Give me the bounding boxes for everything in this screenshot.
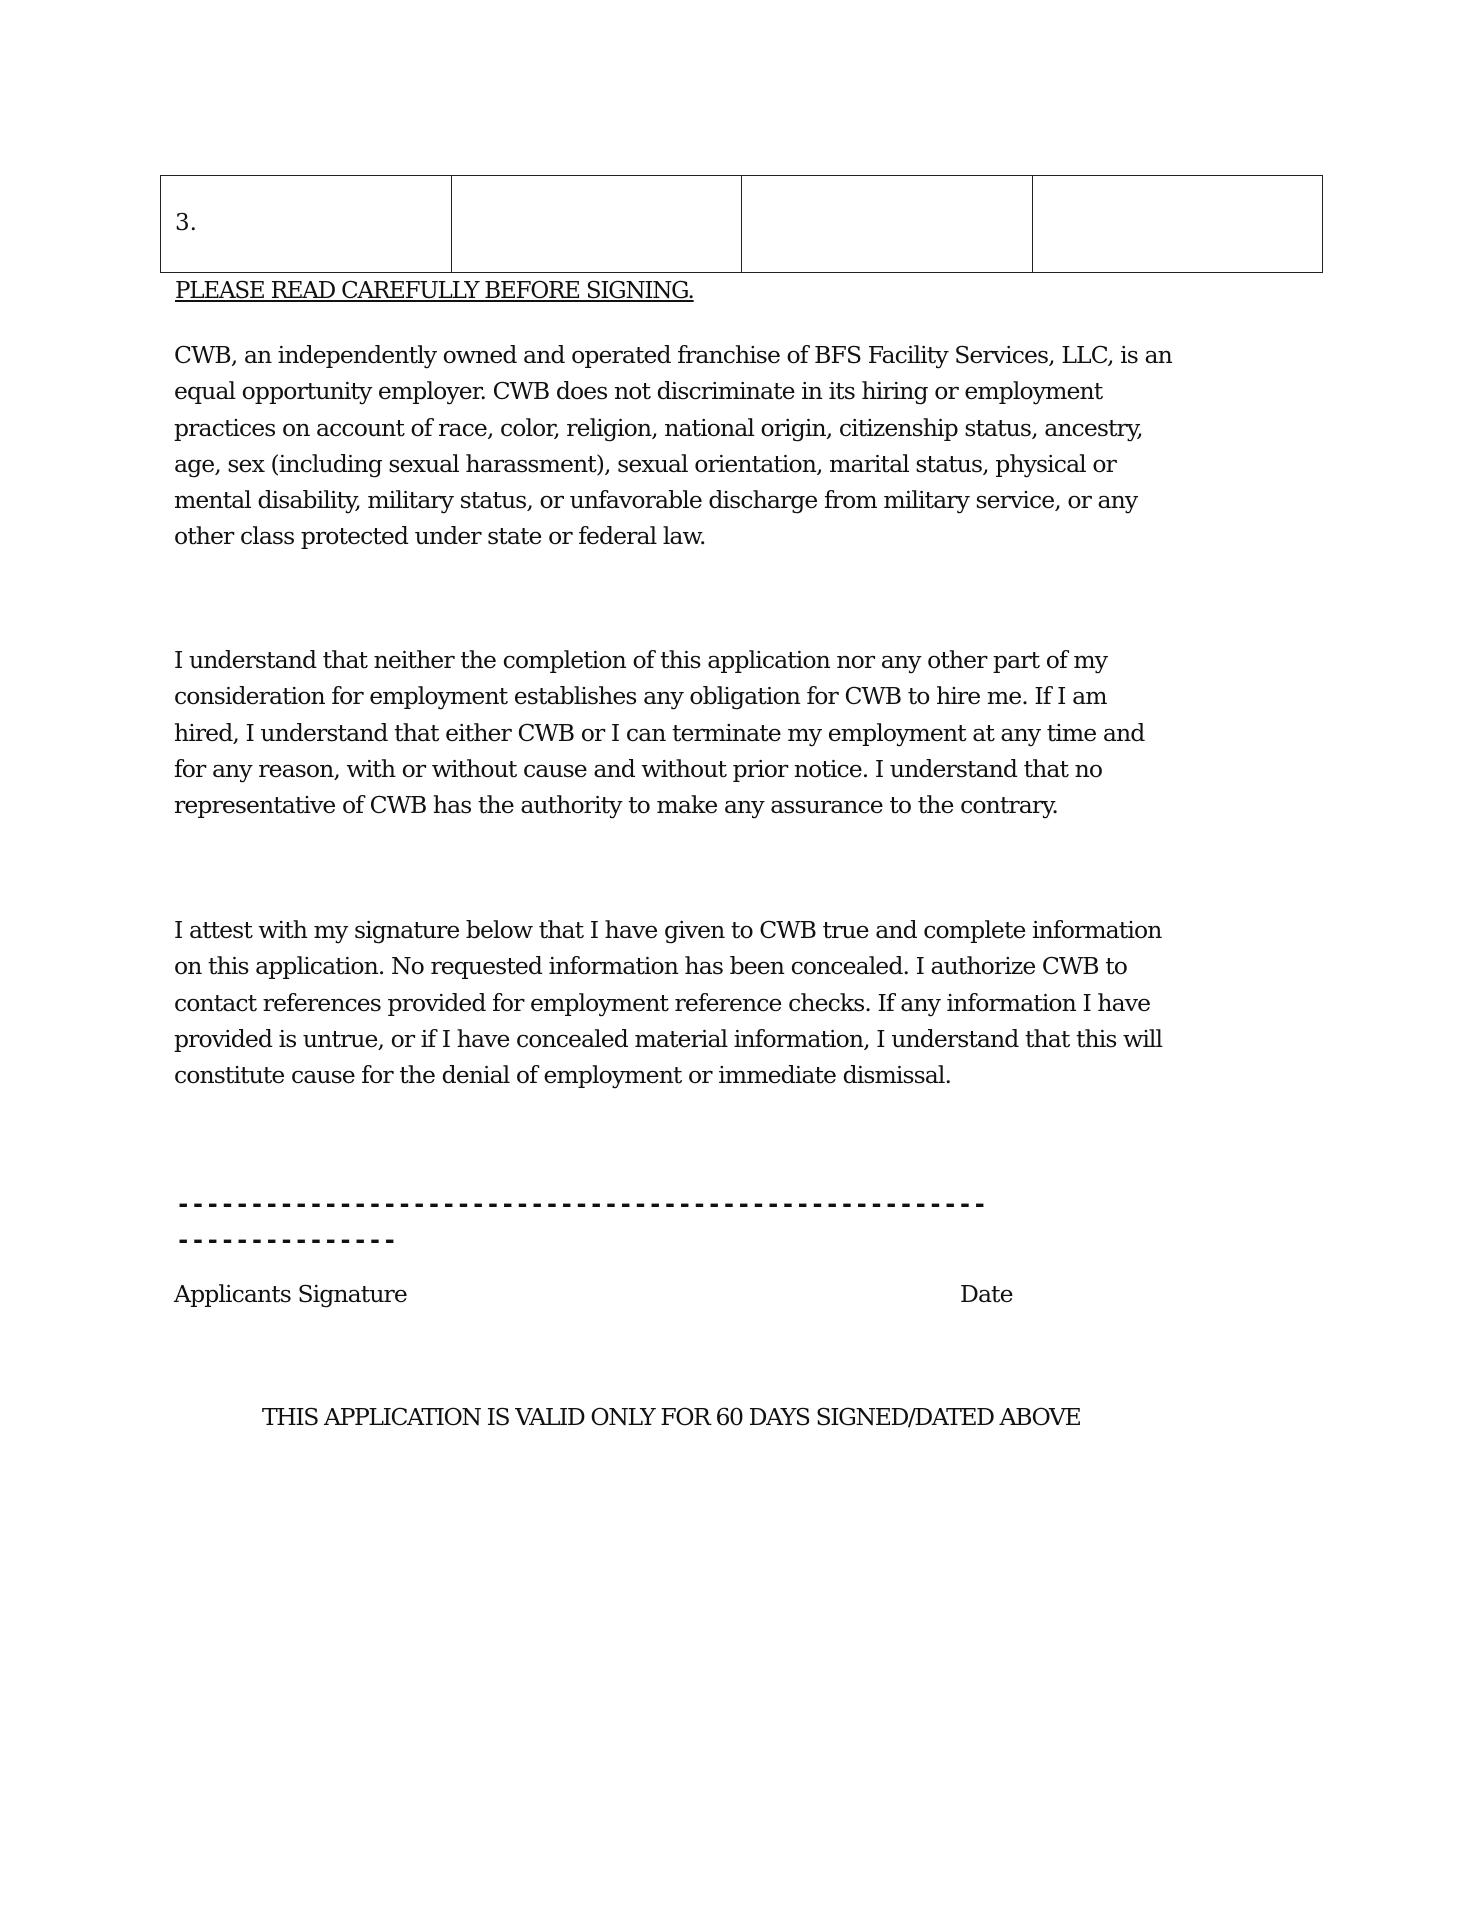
row-number: 3.	[175, 210, 197, 236]
signature-line-continued[interactable]: ---------------	[176, 1226, 397, 1254]
table-cell-3[interactable]	[742, 176, 1033, 272]
table-cell-number[interactable]: 3.	[161, 176, 452, 272]
date-label: Date	[960, 1280, 1013, 1308]
attestation-paragraph: I attest with my signature below that I …	[174, 912, 1324, 1093]
table-cell-4[interactable]	[1033, 176, 1323, 272]
applicant-signature-label: Applicants Signature	[174, 1280, 407, 1308]
section-heading: PLEASE READ CAREFULLY BEFORE SIGNING.	[175, 278, 694, 304]
signature-line[interactable]: ----------------------------------------…	[176, 1190, 987, 1218]
validity-notice: THIS APPLICATION IS VALID ONLY FOR 60 DA…	[262, 1403, 1080, 1431]
reference-table-row: 3.	[160, 175, 1323, 273]
at-will-paragraph: I understand that neither the completion…	[174, 642, 1324, 823]
eeo-paragraph: CWB, an independently owned and operated…	[174, 337, 1324, 555]
table-cell-2[interactable]	[452, 176, 743, 272]
